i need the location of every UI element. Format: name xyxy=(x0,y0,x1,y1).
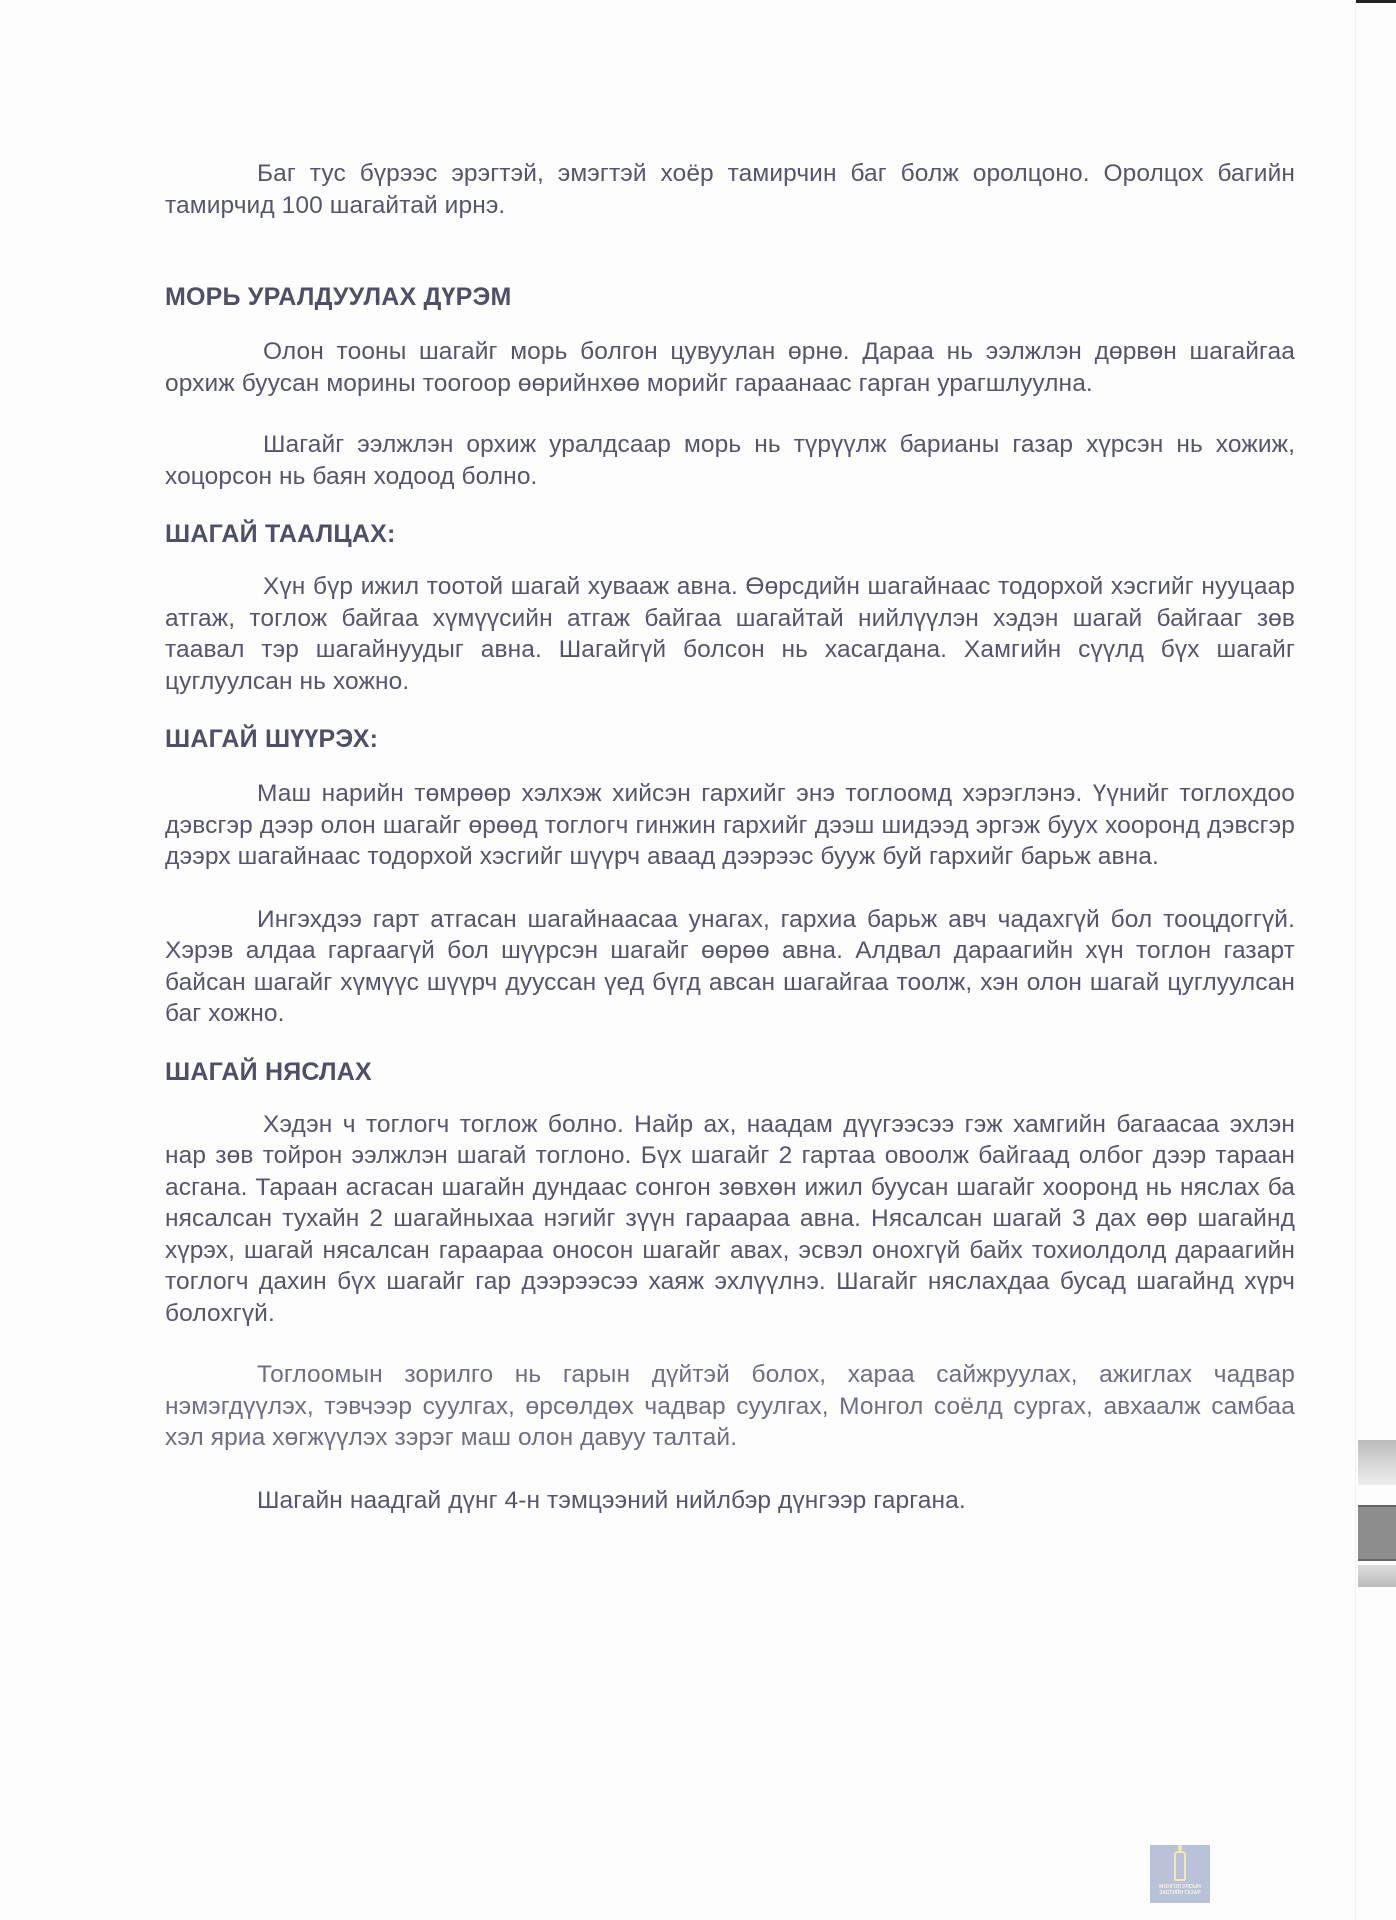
heading-horse-race-rules: МОРЬ УРАЛДУУЛАХ ДҮРЭМ xyxy=(165,283,1295,312)
scan-page-edge xyxy=(1355,0,1356,1920)
stamp-line-2: ЗАСГИЙН ГАЗАР xyxy=(1159,1890,1201,1896)
scan-edge-mark xyxy=(1356,0,1396,3)
paragraph-game-benefits: Тоглоомын зорилго нь гарын дүйтэй болох,… xyxy=(165,1359,1295,1454)
heading-shagai-guessing: ШАГАЙ ТААЛЦАХ: xyxy=(165,520,1295,549)
paragraph-horse-race-finish: Шагайг ээлжлэн орхиж уралдсаар морь нь т… xyxy=(165,429,1295,492)
soyombo-emblem-icon xyxy=(1174,1851,1186,1881)
paragraph-shagai-grabbing-scoring: Ингэхдээ гарт атгасан шагайнаасаа унагах… xyxy=(165,904,1295,1030)
paragraph-shagai-grabbing-method: Маш нарийн төмрөөр хэлхэж хийсэн гархийг… xyxy=(165,778,1295,873)
paragraph-team-composition: Баг тус бүрээс эрэгтэй, эмэгтэй хоёр там… xyxy=(165,158,1295,221)
stamp-caption: МОНГОЛ УЛСЫН ЗАСГИЙН ГАЗАР xyxy=(1159,1884,1201,1896)
paragraph-horse-race-setup: Олон тооны шагайг морь болгон цувуулан ө… xyxy=(165,336,1295,399)
paragraph-shagai-flicking: Хэдэн ч тоглогч тоглож болно. Найр ах, н… xyxy=(165,1109,1295,1330)
heading-shagai-grabbing: ШАГАЙ ШҮҮРЭХ: xyxy=(165,725,1295,754)
heading-shagai-flicking: ШАГАЙ НЯСЛАХ xyxy=(165,1058,1295,1087)
scan-artifact xyxy=(1358,1505,1396,1561)
scan-artifact xyxy=(1358,1440,1396,1485)
paragraph-shagai-guessing: Хүн бүр ижил тоотой шагай хувааж авна. Ө… xyxy=(165,571,1295,697)
scan-artifact xyxy=(1358,1565,1396,1587)
government-stamp: МОНГОЛ УЛСЫН ЗАСГИЙН ГАЗАР xyxy=(1150,1845,1210,1903)
document-body: Баг тус бүрээс эрэгтэй, эмэгтэй хоёр там… xyxy=(165,158,1295,1516)
paragraph-final-score: Шагайн наадгай дүнг 4-н тэмцээний нийлбэ… xyxy=(165,1485,1295,1517)
